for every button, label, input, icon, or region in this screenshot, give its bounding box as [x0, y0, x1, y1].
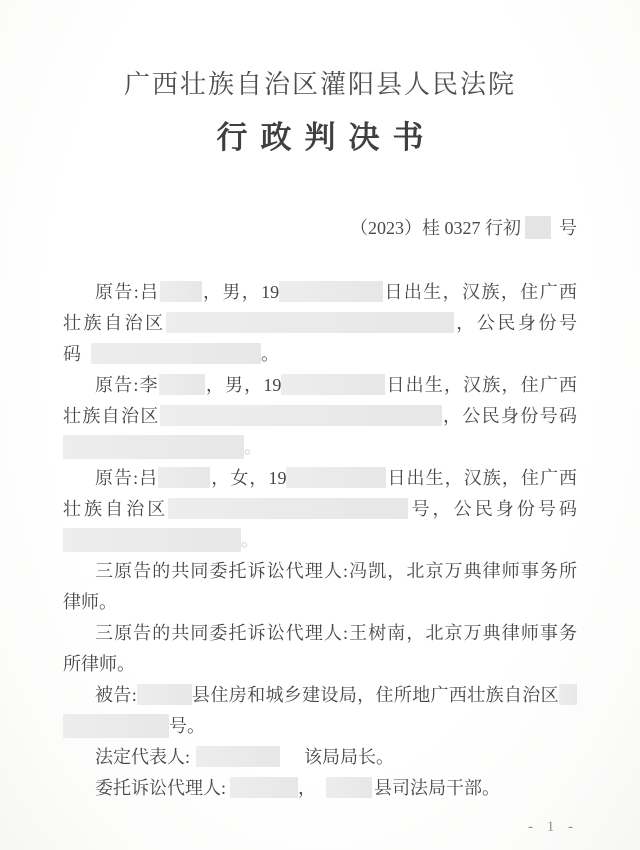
text-segment: 所律师。 — [63, 654, 135, 674]
text-segment: 县住房和城乡建设局，住所地广西壮族自治区 — [192, 685, 559, 705]
attorney1-line2: 律师。 — [63, 587, 577, 618]
text-segment: 原告:李 — [95, 375, 159, 395]
plaintiff3-line1: 原告:吕，女，19日出生，汉族，住广西 — [63, 463, 577, 494]
text-segment: 律师。 — [63, 592, 117, 612]
text-segment: 原告:吕 — [95, 282, 160, 302]
redaction-box — [326, 777, 372, 798]
plaintiff3-line2: 壮族自治区号，公民身份号码 — [63, 494, 577, 525]
redaction-box — [286, 467, 386, 488]
redaction-box — [281, 374, 385, 395]
text-segment: 被告: — [95, 685, 137, 705]
attorney2-line2: 所律师。 — [63, 649, 577, 680]
text-segment: 码 — [63, 344, 81, 364]
case-number-prefix: （2023）桂 0327 行初 — [350, 218, 521, 238]
document-body: 原告:吕，男，19日出生，汉族，住广西 壮族自治区，公民身份号 码。 原告:李，… — [63, 277, 577, 804]
redaction-box — [168, 498, 408, 519]
redaction-box — [137, 684, 192, 705]
text-segment: ，公民身份号 — [454, 313, 577, 333]
text-segment: 县司法局干部。 — [374, 778, 500, 798]
redaction-box — [160, 281, 202, 302]
document-title: 行政判决书 — [63, 112, 577, 157]
text-segment: 壮族自治区 — [63, 499, 168, 519]
text-segment: 。 — [244, 437, 262, 457]
redaction-box — [159, 374, 205, 395]
page-number: - 1 - — [528, 819, 578, 836]
defendant-line1: 被告:县住房和城乡建设局，住所地广西壮族自治区 — [63, 680, 577, 711]
text-segment: 。 — [261, 344, 279, 364]
text-segment: ，女，19 — [210, 468, 286, 488]
redaction-box — [559, 684, 577, 705]
attorney1-line1: 三原告的共同委托诉讼代理人:冯凯，北京万典律师事务所 — [63, 556, 577, 587]
judgment-document-page: 广西壮族自治区灌阳县人民法院 行政判决书 （2023）桂 0327 行初号 原告… — [0, 0, 640, 850]
plaintiff2-line2: 壮族自治区，公民身份号码 — [63, 401, 577, 432]
redaction-box — [196, 746, 280, 767]
defendant-line2: 号。 — [63, 711, 577, 742]
page-content: 广西壮族自治区灌阳县人民法院 行政判决书 （2023）桂 0327 行初号 原告… — [63, 0, 577, 804]
legal-representative-line: 法定代表人:该局局长。 — [63, 742, 577, 773]
text-segment: 。 — [241, 530, 259, 550]
text-segment: 壮族自治区 — [63, 406, 160, 426]
redaction-box — [279, 281, 383, 302]
redaction-box — [63, 714, 169, 738]
text-segment: 日出生，汉族，住广西 — [386, 468, 577, 488]
redaction-box — [158, 467, 210, 488]
case-number-line: （2023）桂 0327 行初号 — [63, 214, 577, 240]
plaintiff1-line1: 原告:吕，男，19日出生，汉族，住广西 — [63, 277, 577, 308]
text-segment: 壮族自治区 — [63, 313, 166, 333]
text-segment: 日出生，汉族，住广西 — [383, 282, 577, 302]
plaintiff1-line2: 壮族自治区，公民身份号 — [63, 308, 577, 339]
redaction-box — [63, 435, 244, 459]
entrusted-agent-line: 委托诉讼代理人:，县司法局干部。 — [63, 773, 577, 804]
text-segment: 该局局长。 — [304, 747, 394, 767]
court-name: 广西壮族自治区灌阳县人民法院 — [63, 64, 577, 101]
attorney2-line1: 三原告的共同委托诉讼代理人:王树南，北京万典律师事务 — [63, 618, 577, 649]
redaction-box — [63, 528, 241, 552]
case-number-suffix: 号 — [559, 218, 577, 238]
plaintiff2-line1: 原告:李，男，19日出生，汉族，住广西 — [63, 370, 577, 401]
redaction-box — [166, 312, 454, 333]
text-segment: 日出生，汉族，住广西 — [385, 375, 577, 395]
redaction-box — [230, 777, 298, 798]
plaintiff1-line3: 码。 — [63, 339, 577, 370]
redaction-box — [525, 216, 551, 239]
text-segment: ，男，19 — [205, 375, 282, 395]
text-segment: 三原告的共同委托诉讼代理人:冯凯，北京万典律师事务所 — [95, 561, 577, 581]
text-segment: 原告:吕 — [95, 468, 158, 488]
redaction-box — [160, 405, 442, 426]
text-segment: 委托诉讼代理人: — [95, 778, 226, 798]
plaintiff2-line3: 。 — [63, 432, 577, 463]
redaction-box — [91, 343, 261, 364]
text-segment: 三原告的共同委托诉讼代理人:王树南，北京万典律师事务 — [95, 623, 577, 643]
plaintiff3-line3: 。 — [63, 525, 577, 556]
text-segment: 号，公民身份号码 — [408, 499, 577, 519]
text-segment: ，男，19 — [202, 282, 280, 302]
text-segment: ，公民身份号码 — [442, 406, 577, 426]
text-segment: ， — [298, 778, 316, 798]
text-segment: 号。 — [169, 716, 205, 736]
text-segment: 法定代表人: — [95, 747, 190, 767]
